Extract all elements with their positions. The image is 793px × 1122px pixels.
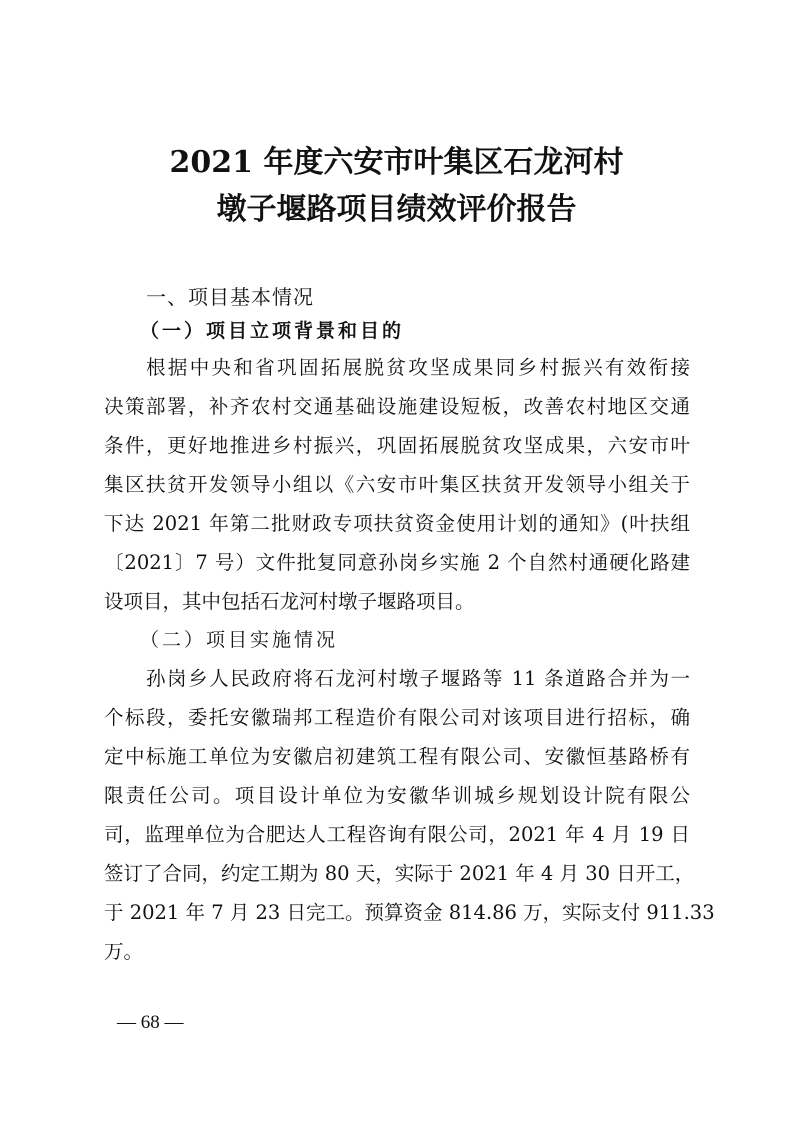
document-title-line-1: 2021 年度六安市叶集区石龙河村 <box>0 143 793 183</box>
subsection-heading-background: （一）项目立项背景和目的 <box>140 316 404 346</box>
paragraph-line: 司，监理单位为合肥达人工程咨询有限公司，2021 年 4 月 19 日 <box>104 820 690 850</box>
paragraph-line: 集区扶贫开发领导小组以《六安市叶集区扶贫开发领导小组关于 <box>104 470 690 500</box>
paragraph-line: 限责任公司。项目设计单位为安徽华训城乡规划设计院有限公 <box>104 781 690 811</box>
paragraph-line: 定中标施工单位为安徽启初建筑工程有限公司、安徽恒基路桥有 <box>104 742 690 772</box>
paragraph-line: 签订了合同，约定工期为 80 天，实际于 2021 年 4 月 30 日开工， <box>104 859 690 889</box>
page-number: — 68 — <box>117 1010 184 1036</box>
document-title-line-2: 墩子堰路项目绩效评价报告 <box>0 190 793 230</box>
paragraph-line: 个标段，委托安徽瑞邦工程造价有限公司对该项目进行招标，确 <box>104 703 690 733</box>
paragraph-line: 下达 2021 年第二批财政专项扶贫资金使用计划的通知》(叶扶组 <box>104 509 690 539</box>
document-page: 2021 年度六安市叶集区石龙河村 墩子堰路项目绩效评价报告 一、项目基本情况 … <box>0 0 793 1122</box>
section-heading-basic-info: 一、项目基本情况 <box>146 282 314 312</box>
paragraph-line: 〔2021〕7 号）文件批复同意孙岗乡实施 2 个自然村通硬化路建 <box>104 548 690 578</box>
paragraph-line: 根据中央和省巩固拓展脱贫攻坚成果同乡村振兴有效衔接 <box>146 353 690 383</box>
paragraph-line: 孙岗乡人民政府将石龙河村墩子堰路等 11 条道路合并为一 <box>146 664 690 694</box>
paragraph-line: 万。 <box>104 937 690 967</box>
paragraph-line: 于 2021 年 7 月 23 日完工。预算资金 814.86 万，实际支付 9… <box>104 898 690 928</box>
paragraph-line: 条件，更好地推进乡村振兴，巩固拓展脱贫攻坚成果，六安市叶 <box>104 431 690 461</box>
subsection-heading-implementation: （二）项目实施情况 <box>140 625 338 655</box>
paragraph-line: 设项目，其中包括石龙河村墩子堰路项目。 <box>104 587 690 617</box>
paragraph-line: 决策部署，补齐农村交通基础设施建设短板，改善农村地区交通 <box>104 392 690 422</box>
